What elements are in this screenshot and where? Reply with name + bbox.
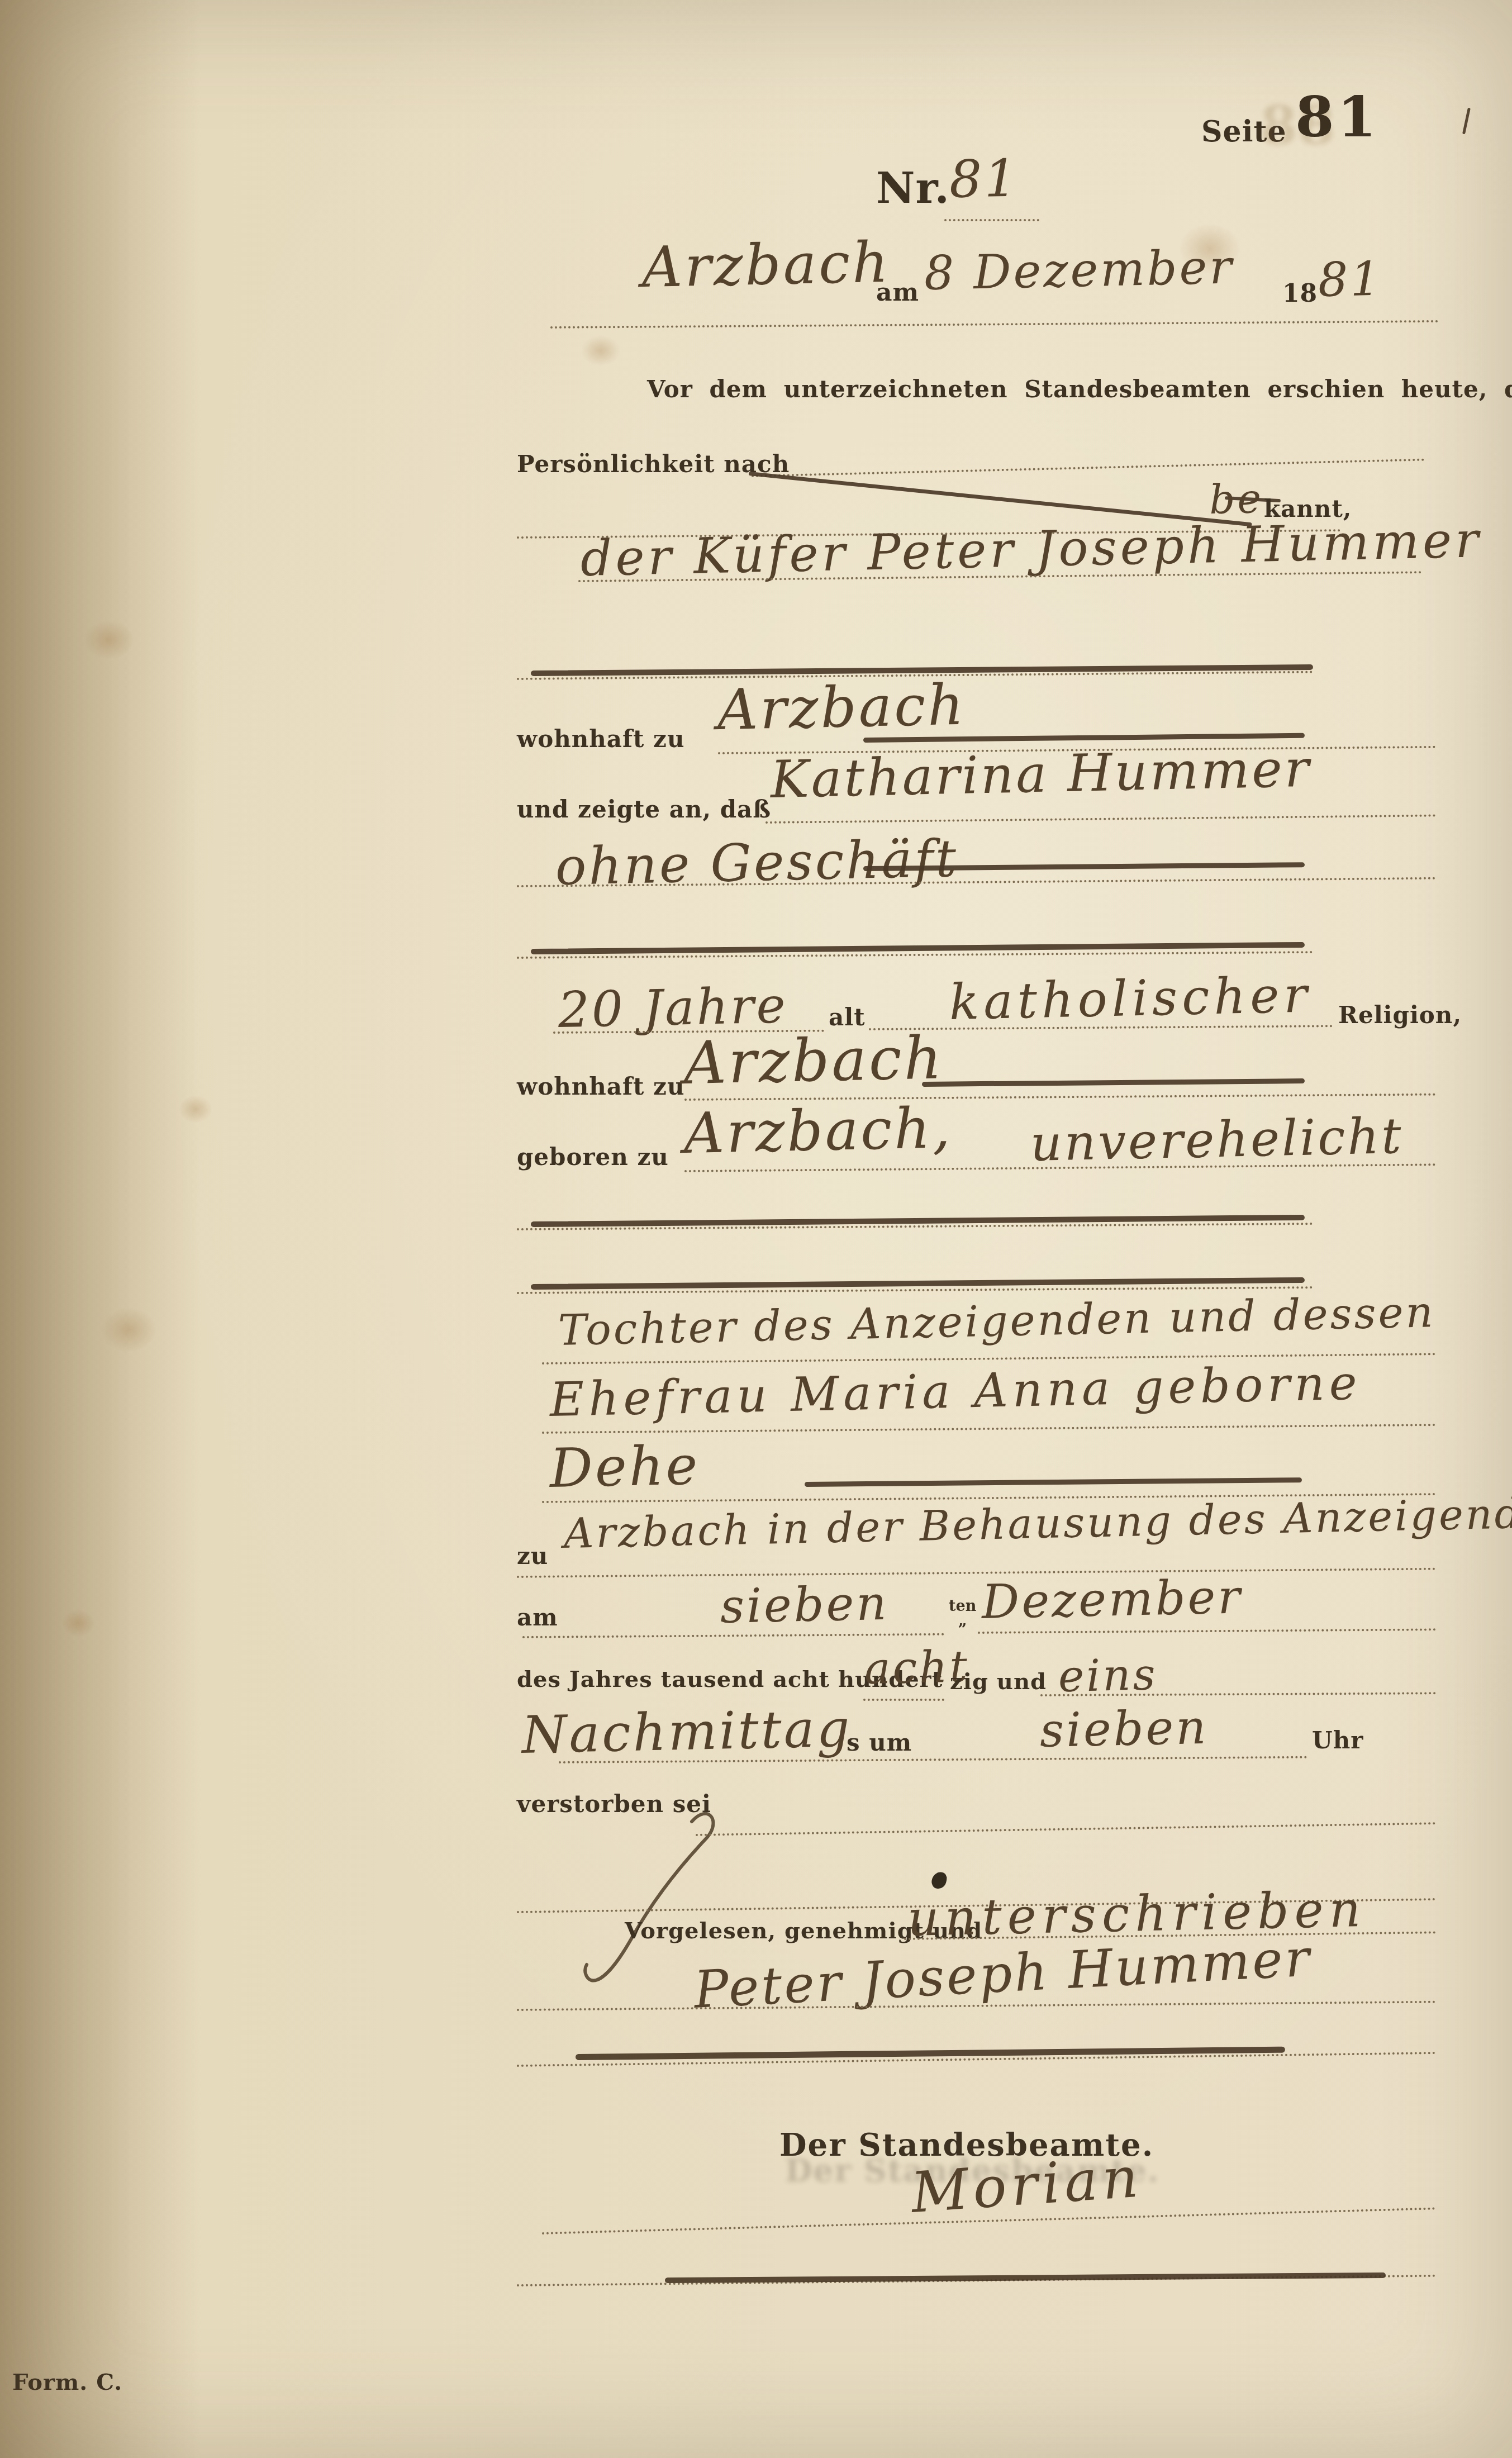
death-place-underline bbox=[517, 1568, 1436, 1578]
deceased-birthplace: Arzbach, bbox=[683, 1095, 953, 1166]
closing-stroke bbox=[576, 2047, 1285, 2060]
deceased-name-underline bbox=[765, 814, 1436, 824]
death-hour-label: Uhr bbox=[1312, 1727, 1363, 1754]
death-place-label: zu bbox=[517, 1542, 548, 1570]
death-day-underline bbox=[522, 1633, 944, 1638]
declarant-residence-label: wohnhaft zu bbox=[517, 725, 684, 753]
parents-line1: Tochter des Anzeigenden und dessen bbox=[558, 1287, 1435, 1355]
age-spot bbox=[581, 335, 620, 366]
record-number-label: Nr. bbox=[876, 163, 950, 213]
death-daytime-suffix: s um bbox=[847, 1729, 912, 1756]
bottom-stroke bbox=[665, 2272, 1386, 2283]
page-vignette bbox=[0, 0, 1512, 2458]
death-day: sieben bbox=[720, 1576, 889, 1634]
death-month-underline bbox=[978, 1628, 1436, 1634]
blank-line-dots bbox=[696, 1822, 1436, 1836]
record-number: 81 bbox=[949, 148, 1020, 210]
dateline-date: 8 Dezember bbox=[924, 239, 1234, 301]
report-label: und zeigte an, daß bbox=[517, 796, 771, 823]
blank-cancel-stroke bbox=[805, 1477, 1302, 1487]
year-tens-underline bbox=[863, 1699, 944, 1701]
intro-line1: Vor dem unterzeichneten Standesbeamten e… bbox=[647, 375, 1512, 403]
death-daytime: Nachmittag bbox=[521, 1699, 853, 1765]
dateline-year-written: 81 bbox=[1318, 251, 1383, 307]
parents-line2-underline bbox=[542, 1424, 1436, 1434]
deceased-residence-label: wohnhaft zu bbox=[517, 1073, 684, 1100]
religion-label: Religion, bbox=[1338, 1001, 1462, 1029]
deceased-occupation: ohne Geschäft bbox=[555, 829, 959, 897]
dateline-place: Arzbach bbox=[641, 230, 891, 300]
death-month: Dezember bbox=[981, 1569, 1243, 1629]
deceased-residence: Arzbach bbox=[683, 1024, 944, 1097]
declarant-residence: Arzbach bbox=[717, 672, 967, 743]
ordinal-ditto-mark: „ bbox=[958, 1612, 967, 1629]
deceased-religion: katholischer bbox=[949, 966, 1312, 1031]
dateline-underline bbox=[550, 320, 1439, 329]
ink-blot bbox=[930, 1871, 948, 1890]
deceased-name: Katharina Hummer bbox=[770, 739, 1312, 810]
death-date-label: am bbox=[517, 1604, 558, 1631]
parents-line3: Dehe bbox=[549, 1434, 701, 1500]
record-number-underline bbox=[944, 219, 1039, 221]
page-number: 81 bbox=[1295, 84, 1380, 150]
corner-mark bbox=[1462, 108, 1471, 135]
dateline-year-printed: 18 bbox=[1282, 279, 1318, 308]
identity-blank-line bbox=[752, 459, 1425, 477]
binding-gutter-shadow bbox=[0, 0, 201, 2458]
form-footer: Form. C. bbox=[12, 2369, 122, 2395]
parents-line2: Ehefrau Maria Anna geborne bbox=[549, 1356, 1362, 1427]
death-record-page: Seite 88 81 Nr. 81 Arzbach am 8 Dezember… bbox=[0, 0, 1512, 2458]
blank-cancel-stroke bbox=[922, 1078, 1305, 1087]
deceased-marital-status: unverehelicht bbox=[1030, 1107, 1404, 1172]
dateline-am-label: am bbox=[876, 278, 919, 307]
death-year-tens-suffix: zig und bbox=[950, 1668, 1047, 1695]
birth-label: geboren zu bbox=[517, 1143, 669, 1171]
death-hour: sieben bbox=[1039, 1700, 1209, 1758]
ordinal-suffix: ten „ bbox=[949, 1599, 976, 1628]
